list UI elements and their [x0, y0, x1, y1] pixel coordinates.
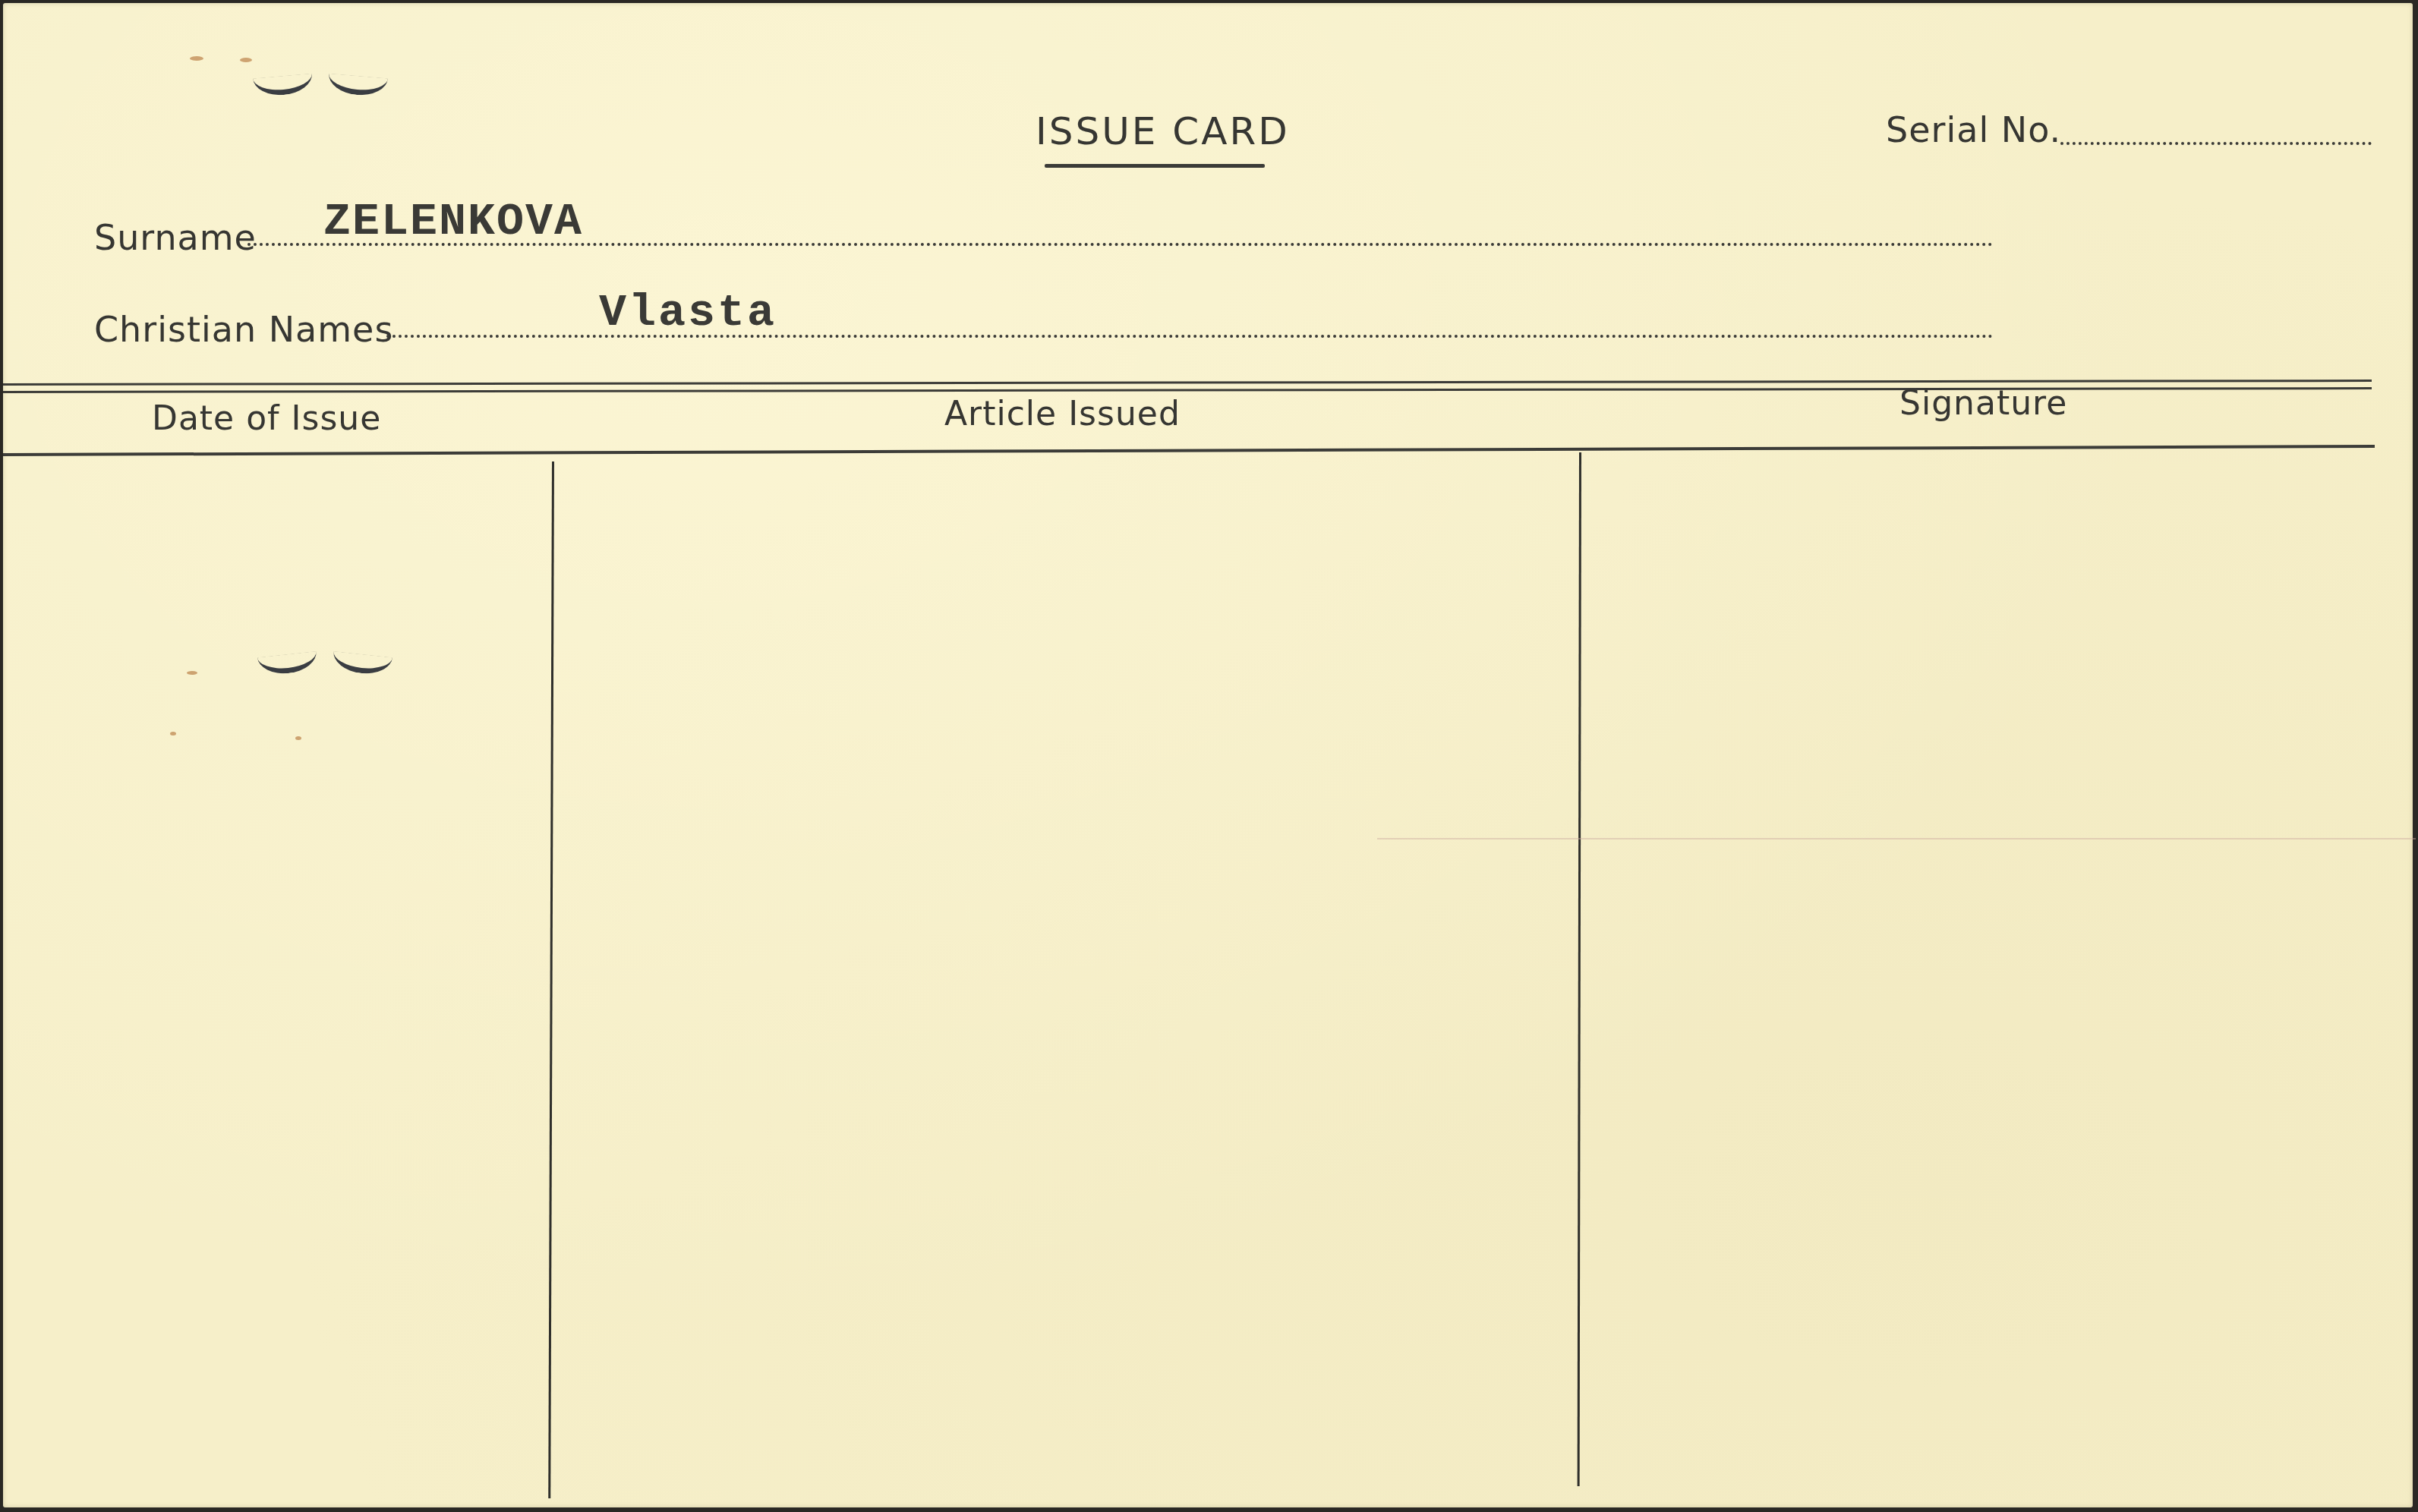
surname-value: ZELENKOVA [323, 197, 583, 248]
serial-field [2060, 142, 2372, 145]
card-title: ISSUE CARD [1036, 109, 1290, 153]
christian-names-value: Vlasta [599, 288, 777, 339]
christian-names-label: Christian Names [94, 309, 393, 350]
rust-stain [170, 732, 176, 736]
issue-card: ISSUE CARD Serial No. Surname ZELENKOVA … [3, 3, 2413, 1507]
header-divider [3, 445, 2375, 456]
serial-label: Serial No. [1886, 109, 2061, 150]
column-header-article-issued: Article Issued [944, 395, 1181, 433]
staple-icon [332, 651, 392, 676]
rust-stain [190, 56, 203, 61]
rust-stain [187, 671, 197, 675]
rust-stain [240, 58, 252, 62]
staple-icon [257, 651, 318, 676]
staple-icon [327, 74, 388, 98]
surname-label: Surname [94, 217, 257, 258]
rust-stain [295, 736, 301, 740]
title-underline [1045, 164, 1265, 168]
column-divider [548, 461, 554, 1498]
column-header-date-of-issue: Date of Issue [152, 399, 381, 438]
staple-icon [253, 74, 314, 98]
fold-line [1377, 838, 2416, 839]
column-header-signature: Signature [1899, 384, 2067, 423]
column-divider [1578, 452, 1581, 1486]
